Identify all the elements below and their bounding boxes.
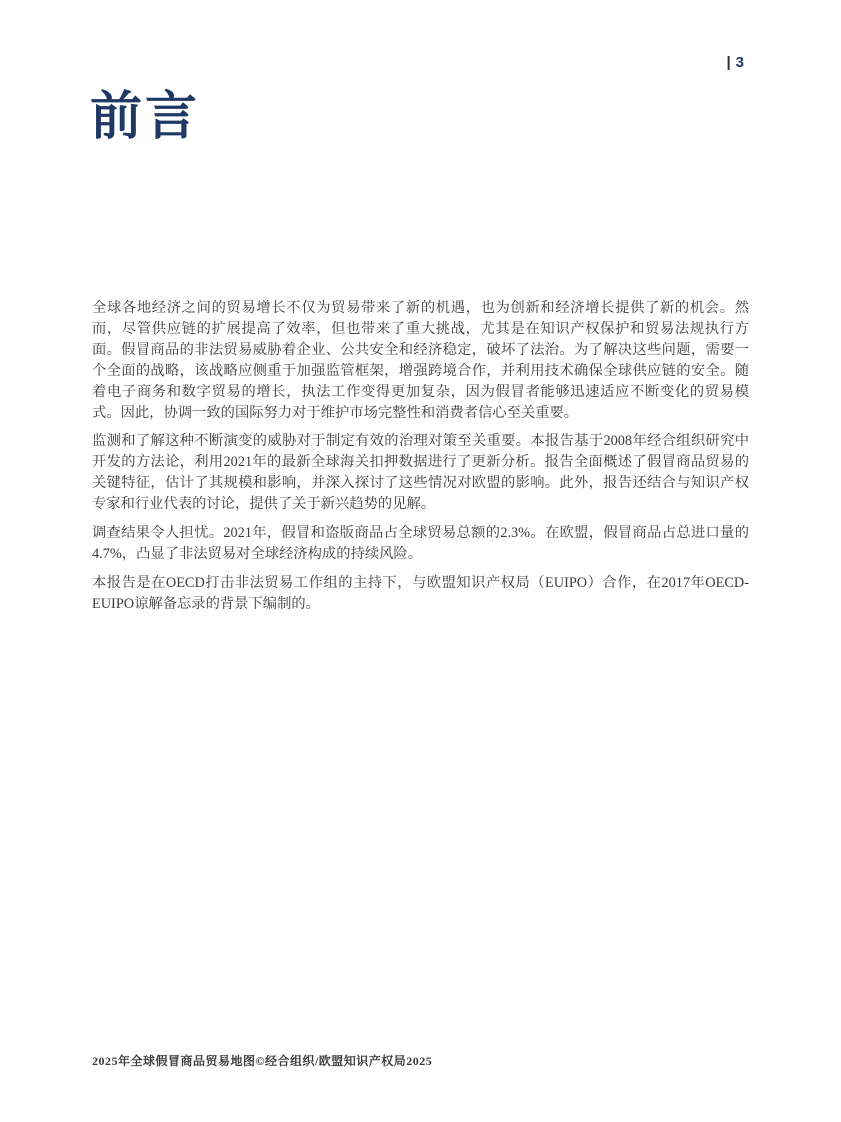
page-number: |3: [726, 54, 745, 71]
paragraph-2: 监测和了解这种不断演变的威胁对于制定有效的治理对策至关重要。本报告基于2008年…: [92, 431, 749, 515]
paragraph-3: 调查结果令人担忧。2021年，假冒和盗版商品占全球贸易总额的2.3%。在欧盟，假…: [92, 523, 749, 565]
paragraph-4: 本报告是在OECD打击非法贸易工作组的主持下，与欧盟知识产权局（EUIPO）合作…: [92, 573, 749, 615]
document-page: |3 前言 全球各地经济之间的贸易增长不仅为贸易带来了新的机遇，也为创新和经济增…: [0, 0, 841, 1122]
paragraph-1: 全球各地经济之间的贸易增长不仅为贸易带来了新的机遇，也为创新和经济增长提供了新的…: [92, 298, 749, 423]
page-number-separator: |: [726, 54, 731, 71]
page-title: 前言: [90, 88, 200, 148]
footer-copyright: 2025年全球假冒商品贸易地图©经合组织/欧盟知识产权局2025: [92, 1052, 432, 1069]
body-text-block: 全球各地经济之间的贸易增长不仅为贸易带来了新的机遇，也为创新和经济增长提供了新的…: [92, 298, 749, 623]
page-number-value: 3: [736, 54, 745, 71]
